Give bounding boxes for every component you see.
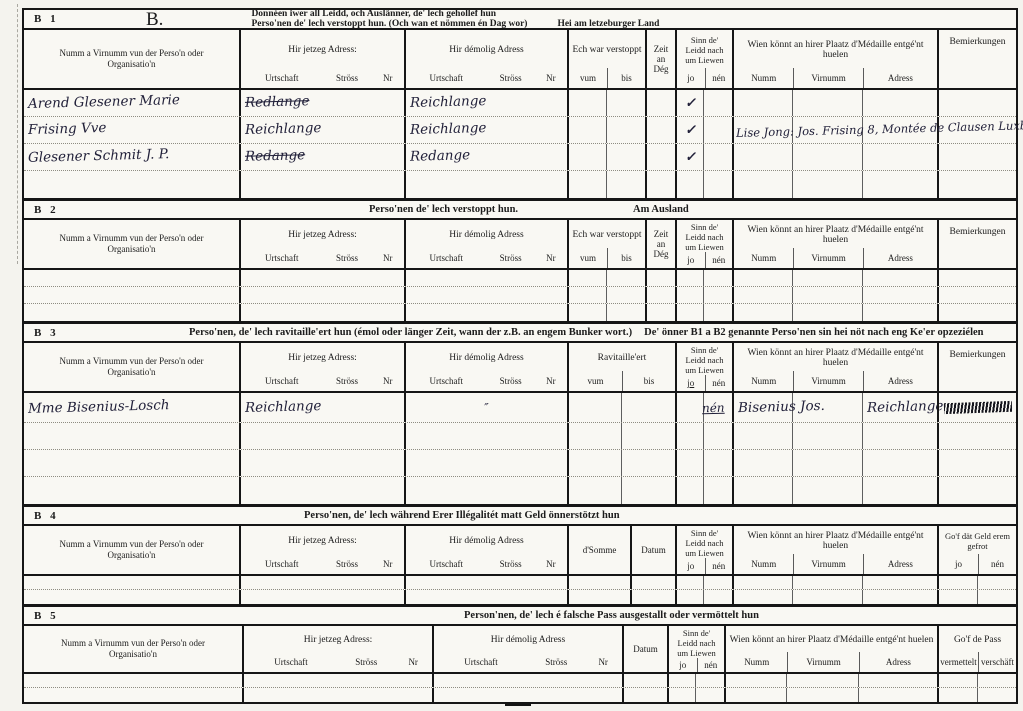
section-b1: B 1 B. Donnéen iwer all Leidd, och Auslä… bbox=[24, 10, 1016, 198]
col-demolig-adress: Hir démolig Adress UrtschaftStrössNr bbox=[404, 30, 567, 88]
b3-row-1: Mme Bisenius-Losch Reichlange ″ nén Bise… bbox=[24, 393, 1016, 423]
scratched-out-text bbox=[944, 401, 1012, 414]
b5-title-row: B 5 Person'nen, de' lech é falsche Pass … bbox=[24, 607, 1016, 626]
col-name: Numm a Virnumm vun der Perso'n oder Orga… bbox=[24, 526, 239, 574]
col-sinn: Sinn de' Leidd nach um Liewen jonén bbox=[675, 30, 732, 88]
b5-label: B 5 bbox=[24, 610, 114, 622]
col-name: Numm a Virnumm vun der Perso'n oder Orga… bbox=[24, 343, 239, 391]
col-gof-pass: Go'f de Pass vermetteltverschäft bbox=[937, 626, 1016, 672]
empty-row bbox=[24, 287, 1016, 304]
empty-row bbox=[24, 576, 1016, 590]
col-wien-medaille: Wien könnt an hirer Plaatz d'Médaille en… bbox=[732, 220, 937, 268]
handwritten-demolig: Redange bbox=[410, 149, 471, 164]
b2-title: Perso'nen de' lech verstoppt hun. bbox=[369, 204, 518, 215]
b3-title: Perso'nen, de' lech ravitaille'ert hun (… bbox=[189, 327, 632, 338]
col-somme: d'Somme bbox=[567, 526, 630, 574]
scan-artifact-mark bbox=[505, 702, 531, 706]
col-wien-medaille: Wien könnt an hirer Plaatz d'Médaille en… bbox=[724, 626, 937, 672]
col-sinn: Sinn de' Leidd nach um Liewen jonén bbox=[675, 220, 732, 268]
col-name: Numm a Virnumm vun der Perso'n oder Orga… bbox=[24, 626, 242, 672]
col-wien-medaille: Wien könnt an hirer Plaatz d'Médaille en… bbox=[732, 343, 937, 391]
col-sinn: Sinn de' Leidd nach um Liewen jonén bbox=[675, 526, 732, 574]
empty-row bbox=[24, 423, 1016, 450]
b1-title-row: B 1 B. Donnéen iwer all Leidd, och Auslä… bbox=[24, 10, 1016, 30]
b5-data bbox=[24, 674, 1016, 702]
handwritten-name: Glesener Schmit J. P. bbox=[28, 148, 170, 165]
handwritten-jetzeg: Redlange bbox=[245, 95, 310, 110]
handwritten-name: Arend Glesener Marie bbox=[28, 94, 180, 111]
empty-row bbox=[24, 688, 1016, 702]
checkmark: ✓ bbox=[684, 123, 695, 136]
handwritten-name: Mme Bisenius-Losch bbox=[28, 399, 170, 416]
col-verstoppt: Ech war verstoppt vumbis bbox=[567, 30, 645, 88]
col-wien-medaille: Wien könnt an hirer Plaatz d'Médaille en… bbox=[732, 526, 937, 574]
b4-data bbox=[24, 576, 1016, 604]
col-zeit: Zeit an Dég bbox=[645, 30, 675, 88]
col-jetzeg-adress: Hir jetzeg Adress: UrtschaftStrössNr bbox=[242, 626, 432, 672]
b1-column-headers: Numm a Virnumm vun der Perso'n oder Orga… bbox=[24, 30, 1016, 90]
section-b5: B 5 Person'nen, de' lech é falsche Pass … bbox=[24, 604, 1016, 702]
col-datum: Datum bbox=[622, 626, 667, 672]
b2-title-row: B 2 Perso'nen de' lech verstoppt hun. Am… bbox=[24, 201, 1016, 220]
registration-form: B 1 B. Donnéen iwer all Leidd, och Auslä… bbox=[22, 8, 1018, 704]
handwritten-nen: nén bbox=[702, 401, 725, 414]
b4-title-row: B 4 Perso'nen, de' lech während Erer Ill… bbox=[24, 507, 1016, 526]
col-datum: Datum bbox=[630, 526, 675, 574]
col-jetzeg-adress: Hir jetzeg Adress: UrtschaftStrössNr bbox=[239, 526, 404, 574]
empty-row bbox=[24, 450, 1016, 477]
col-demolig-adress: Hir démolig Adress UrtschaftStrössNr bbox=[432, 626, 622, 672]
checkmark: ✓ bbox=[684, 96, 695, 109]
col-jetzeg-adress: Hir jetzeg Adress: UrtschaftStrössNr bbox=[239, 220, 404, 268]
b3-label: B 3 bbox=[24, 327, 114, 339]
b3-data: Mme Bisenius-Losch Reichlange ″ nén Bise… bbox=[24, 393, 1016, 504]
empty-row bbox=[24, 171, 1016, 198]
b1-title-line2: Perso'nen de' lech verstoppt hun. (Och w… bbox=[251, 19, 527, 29]
col-verstoppt: Ech war verstoppt vumbis bbox=[567, 220, 645, 268]
b2-label: B 2 bbox=[24, 204, 114, 216]
b1-row-1: Arend Glesener Marie Redlange Reichlange… bbox=[24, 90, 1016, 117]
b1-data: Arend Glesener Marie Redlange Reichlange… bbox=[24, 90, 1016, 198]
empty-row bbox=[24, 674, 1016, 688]
col-name: Numm a Virnumm vun der Perso'n oder Orga… bbox=[24, 220, 239, 268]
col-sinn: Sinn de' Leidd nach um Liewen jonén bbox=[675, 343, 732, 391]
torn-edge bbox=[17, 4, 18, 264]
b5-column-headers: Numm a Virnumm vun der Perso'n oder Orga… bbox=[24, 626, 1016, 674]
handwritten-jetzeg: Redange bbox=[245, 149, 306, 164]
handwritten-jetzeg: Reichlange bbox=[245, 122, 322, 137]
section-b2: B 2 Perso'nen de' lech verstoppt hun. Am… bbox=[24, 198, 1016, 321]
b1-title: Donnéen iwer all Leidd, och Auslänner, d… bbox=[251, 9, 659, 29]
handwritten-name: Frising Vve bbox=[28, 122, 107, 138]
handwritten-jetzeg: Reichlange bbox=[245, 400, 322, 415]
b2-column-headers: Numm a Virnumm vun der Perso'n oder Orga… bbox=[24, 220, 1016, 270]
b1-row-3: Glesener Schmit J. P. Redange Redange ✓ bbox=[24, 144, 1016, 171]
empty-row bbox=[24, 477, 1016, 504]
col-name: Numm a Virnumm vun der Perso'n oder Orga… bbox=[24, 30, 239, 88]
col-zeit: Zeit an Dég bbox=[645, 220, 675, 268]
b1-title-line1: Donnéen iwer all Leidd, och Auslänner, d… bbox=[251, 9, 659, 19]
col-bemierkungen: Bemierkungen bbox=[937, 30, 1016, 88]
b1-title-right: Hei am letzeburger Land bbox=[557, 19, 659, 29]
empty-row bbox=[24, 590, 1016, 604]
col-wien-medaille: Wien könnt an hirer Plaatz d'Médaille en… bbox=[732, 30, 937, 88]
b4-column-headers: Numm a Virnumm vun der Perso'n oder Orga… bbox=[24, 526, 1016, 576]
col-geld-gefrot: Go'f dät Geld erem gefrot jonén bbox=[937, 526, 1016, 574]
b5-title: Person'nen, de' lech é falsche Pass ausg… bbox=[464, 610, 759, 621]
b3-title-row: B 3 Perso'nen, de' lech ravitaille'ert h… bbox=[24, 324, 1016, 343]
col-demolig-adress: Hir démolig Adress UrtschaftStrössNr bbox=[404, 526, 567, 574]
col-bemierkungen: Bemierkungen bbox=[937, 220, 1016, 268]
ditto-mark: ″ bbox=[484, 402, 488, 414]
col-demolig-adress: Hir démolig Adress UrtschaftStrössNr bbox=[404, 220, 567, 268]
handwritten-demolig: Reichlange bbox=[410, 122, 487, 137]
b3-column-headers: Numm a Virnumm vun der Perso'n oder Orga… bbox=[24, 343, 1016, 393]
b4-title: Perso'nen, de' lech während Erer Illégal… bbox=[304, 510, 620, 521]
b4-label: B 4 bbox=[24, 510, 114, 522]
section-b3: B 3 Perso'nen, de' lech ravitaille'ert h… bbox=[24, 321, 1016, 504]
b1-label: B 1 bbox=[24, 13, 114, 25]
b1-row-2: Frising Vve Reichlange Reichlange ✓ Lise… bbox=[24, 117, 1016, 144]
col-sinn: Sinn de' Leidd nach um Liewen jonén bbox=[667, 626, 724, 672]
handwritten-demolig: Reichlange bbox=[410, 95, 487, 110]
handwritten-medal-numm: Bisenius Jos. bbox=[738, 400, 825, 416]
b3-title2: De' önner B1 a B2 genannte Perso'nen sin… bbox=[644, 327, 983, 338]
col-demolig-adress: Hir démolig Adress UrtschaftStrössNr bbox=[404, 343, 567, 391]
section-b4: B 4 Perso'nen, de' lech während Erer Ill… bbox=[24, 504, 1016, 604]
form-letter-b: B. bbox=[146, 10, 163, 29]
col-ravitailleert: Ravitaille'ert vumbis bbox=[567, 343, 675, 391]
empty-row bbox=[24, 304, 1016, 321]
b2-title-right: Am Ausland bbox=[633, 204, 689, 215]
col-bemierkungen: Bemierkungen bbox=[937, 343, 1016, 391]
col-jetzeg-adress: Hir jetzeg Adress: UrtschaftStrössNr bbox=[239, 343, 404, 391]
checkmark: ✓ bbox=[684, 150, 695, 163]
b2-data bbox=[24, 270, 1016, 321]
handwritten-medal-adress: Reichlange bbox=[867, 400, 944, 415]
col-jetzeg-adress: Hir jetzeg Adress: UrtschaftStrössNr bbox=[239, 30, 404, 88]
empty-row bbox=[24, 270, 1016, 287]
